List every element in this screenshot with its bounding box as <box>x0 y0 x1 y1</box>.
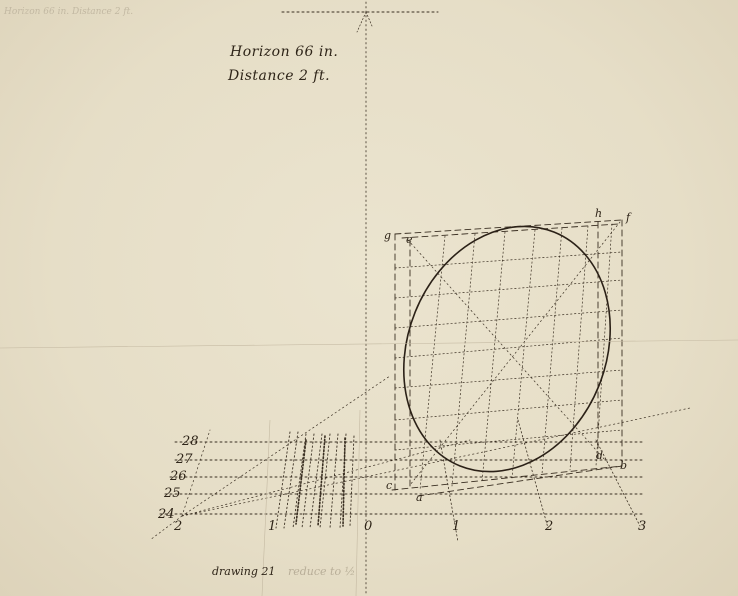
corner-label-a: a <box>416 492 423 503</box>
height-label-25: 25 <box>164 487 181 500</box>
small-grid-bold <box>296 436 345 526</box>
corner-label-e: e <box>406 234 413 245</box>
corner-label-c: c <box>386 480 392 491</box>
pencil-note-top: Horizon 66 in. Distance 2 ft. <box>4 8 133 17</box>
height-label-24: 24 <box>158 508 175 521</box>
ground-label-1-right: 1 <box>452 520 460 533</box>
perspective-diagram <box>0 0 738 596</box>
ground-label-2-right: 2 <box>545 520 553 533</box>
corner-label-d: d <box>596 450 603 461</box>
ground-label-3: 3 <box>638 520 646 533</box>
corner-label-g: g <box>384 230 391 241</box>
ground-label-1-left: 1 <box>268 520 276 533</box>
ground-rays <box>440 420 640 542</box>
corner-label-f: f <box>626 212 630 223</box>
drawing-sheet: Horizon 66 in. Distance 2 ft. 28 27 26 2… <box>0 0 738 596</box>
corner-label-b: b <box>620 460 627 471</box>
title-distance: Distance 2 ft. <box>228 68 330 84</box>
diagonals <box>408 222 620 485</box>
outer-square <box>392 220 622 496</box>
height-label-27: 27 <box>176 453 193 466</box>
height-label-28: 28 <box>182 435 199 448</box>
title-horizon: Horizon 66 in. <box>230 44 338 60</box>
height-scale-lines <box>160 442 645 514</box>
oblique-grid-verticals <box>420 224 612 490</box>
corner-label-h: h <box>595 208 602 219</box>
height-label-26: 26 <box>170 470 187 483</box>
footer-drawing-number: drawing 21 <box>212 566 275 577</box>
oblique-grid-horizontals <box>395 252 622 450</box>
vanishing-rays <box>150 376 690 540</box>
footer-pencil-note: reduce to ½ <box>288 566 355 577</box>
ground-label-2-left: 2 <box>174 520 182 533</box>
ground-label-0: 0 <box>364 520 372 533</box>
